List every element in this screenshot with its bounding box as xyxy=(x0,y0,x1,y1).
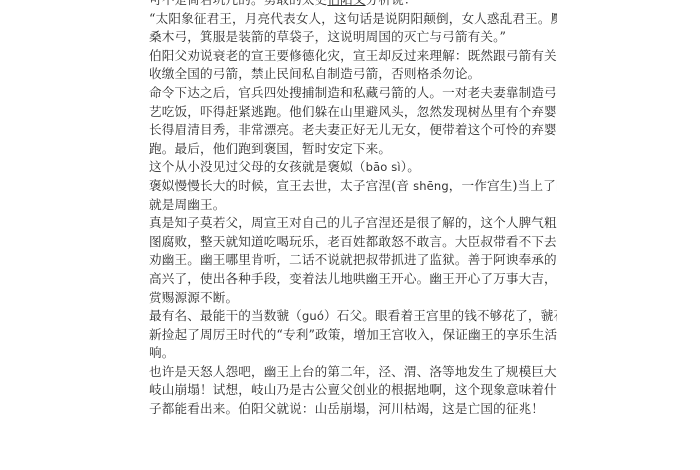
text-line-5: 收缴全国的弓箭，禁止民间私自制造弓箭，否则格杀勿论。 xyxy=(149,65,557,84)
text-line-10: 这个从小没见过父母的女孩就是褒姒（bāo sì）。 xyxy=(149,158,557,177)
text-line-11: 褒姒慢慢长大的时候，宣王去世，太子宫涅(音 shēng，一作宫生)当上了国王， xyxy=(149,177,557,196)
text-line-2: “太阳象征君王，月亮代表女人，这句话是说阴阳颠倒，女人惑乱君王。檿弧是 xyxy=(149,10,557,29)
text-line-18: 最有名、最能干的当数虢（guó）石父。眼看着王宫里的钱不够花了，虢石父重 xyxy=(149,307,557,326)
text-line-9: 跑。最后，他们跑到褒国，暂时安定下来。 xyxy=(149,140,557,159)
text-line-23: 子都能看出来。伯阳父就说：山岳崩塌，河川枯竭，这是亡国的征兆！ xyxy=(149,400,557,419)
line-text: 分析说： xyxy=(366,0,417,7)
document-page: 可不是简君坑几的。勇敢的太史伯阳父分析说： “太阳象征君王，月亮代表女人，这句话… xyxy=(149,0,557,419)
text-line-7: 艺吃饭，吓得赶紧逃跑。他们躲在山里避风头，忽然发现树丛里有个弃婴。女孩 xyxy=(149,103,557,122)
text-line-8: 长得眉清目秀，非常漂亮。老夫妻正好无儿无女，便带着这个可怜的弃婴继续逃 xyxy=(149,121,557,140)
text-line-21: 也许是天怒人怨吧，幽王上台的第二年，泾、渭、洛等地发生了规模巨大的地震， xyxy=(149,363,557,382)
pinyin-guo: guó xyxy=(302,309,324,323)
text-line-19: 新捡起了周厉王时代的“专利”政策，增加王宫收入，保证幽王的享乐生活不受影 xyxy=(149,326,557,345)
text-line-20: 响。 xyxy=(149,344,557,363)
text-line-12: 就是周幽王。 xyxy=(149,196,557,215)
pinyin-sheng: shēng xyxy=(413,179,449,193)
text-line-16: 高兴了，使出各种手段，变着法儿地哄幽王开心。幽王开心了万事大吉，丰厚的 xyxy=(149,270,557,289)
text-line-6: 命令下达之后，官兵四处搜捕制造和私藏弓箭的人。一对老夫妻靠制造弓箭的手 xyxy=(149,84,557,103)
text-line-3: 桑木弓，箕服是装箭的草袋子，这说明周国的灭亡与弓箭有关。” xyxy=(149,28,557,47)
pinyin-baosi: bāo sì xyxy=(366,160,401,174)
line-text: 褒姒慢慢长大的时候，宣王去世，太子宫涅(音 xyxy=(149,178,413,193)
text-line-15: 劝幽王。幽王哪里肯听，二话不说就把叔带抓进了监狱。善于阿谀奉承的大臣们 xyxy=(149,251,557,270)
text-line-22: 岐山崩塌！试想，岐山乃是古公亶父创业的根据地啊，这个现象意味着什么？傻 xyxy=(149,381,557,400)
text-line-1: 可不是简君坑几的。勇敢的太史伯阳父分析说： xyxy=(149,0,557,10)
boyangfu-link[interactable]: 伯阳父 xyxy=(327,0,365,7)
line-text: ）。 xyxy=(401,159,420,174)
text-line-17: 赏赐源源不断。 xyxy=(149,289,557,308)
text-line-4: 伯阳父劝说衰老的宣王要修德化灾，宣王却反过来理解：既然跟弓箭有关，那就 xyxy=(149,47,557,66)
text-line-14: 图腐败，整天就知道吃喝玩乐，老百姓都敢怒不敢言。大臣叔带看不下去了，奉 xyxy=(149,233,557,252)
line-text: ，一作宫生)当上了国王， xyxy=(449,178,557,193)
line-text: ）石父。眼看着王宫里的钱不够花了，虢石父重 xyxy=(324,308,557,323)
line-text: 最有名、最能干的当数虢（ xyxy=(149,308,302,323)
line-text: 这个从小没见过父母的女孩就是褒姒（ xyxy=(149,159,366,174)
line-text: 可不是简君坑几的。勇敢的太史 xyxy=(149,0,327,7)
text-line-13: 真是知子莫若父，周宣王对自己的儿子宫涅还是很了解的，这个人脾气粗暴，贪 xyxy=(149,214,557,233)
